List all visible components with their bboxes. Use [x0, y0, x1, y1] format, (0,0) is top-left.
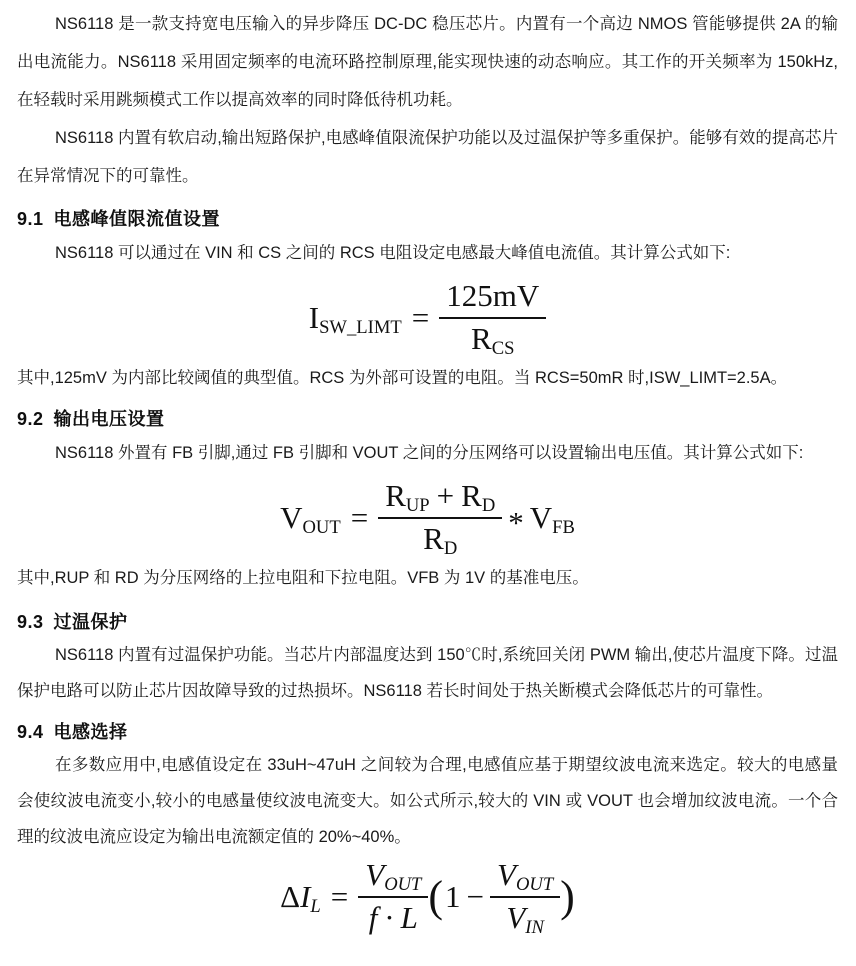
- section-number: 9.2: [17, 409, 44, 429]
- datasheet-page: NS6118 是一款支持宽电压输入的异步降压 DC-DC 稳压芯片。内置有一个高…: [0, 0, 856, 966]
- equals-sign: =: [331, 879, 348, 915]
- formula-lhs: ISW_LIMT: [309, 300, 402, 336]
- formula-output-voltage: VOUT = RUP+RD RD * VFB: [17, 478, 838, 557]
- section-title: 电感选择: [54, 722, 128, 742]
- section-9-1-body: NS6118 可以通过在 VIN 和 CS 之间的 RCS 电阻设定电感最大峰值…: [17, 234, 838, 272]
- section-9-2-body: NS6118 外置有 FB 引脚,通过 FB 引脚和 VOUT 之间的分压网络可…: [17, 434, 838, 472]
- formula-peak-current-limit: ISW_LIMT = 125mV RCS: [17, 278, 838, 357]
- formula-rhs: VFB: [530, 500, 575, 536]
- formula-lhs: IL: [300, 879, 321, 915]
- section-9-3-body: NS6118 内置有过温保护功能。当芯片内部温度达到 150℃时,系统回关闭 P…: [17, 637, 838, 709]
- section-title: 过温保护: [54, 612, 128, 632]
- section-9-4-body: 在多数应用中,电感值设定在 33uH~47uH 之间较为合理,电感值应基于期望纹…: [17, 747, 838, 855]
- fraction-numerator: VOUT: [358, 857, 428, 898]
- minus-sign: −: [467, 879, 484, 915]
- formula-lhs: VOUT: [280, 500, 341, 536]
- section-number: 9.3: [17, 612, 44, 632]
- delta-symbol: Δ: [280, 879, 300, 915]
- intro-paragraph-1: NS6118 是一款支持宽电压输入的异步降压 DC-DC 稳压芯片。内置有一个高…: [17, 5, 838, 119]
- section-heading-9-1: 9.1电感峰值限流值设置: [17, 204, 838, 234]
- fraction-numerator: VOUT: [490, 857, 560, 898]
- section-9-2-note: 其中,RUP 和 RD 为分压网络的上拉电阻和下拉电阻。VFB 为 1V 的基准…: [17, 559, 838, 597]
- section-title: 电感峰值限流值设置: [54, 209, 221, 229]
- fraction: VOUT VIN: [490, 857, 560, 936]
- fraction-denominator: f · L: [369, 898, 418, 936]
- close-paren: ): [560, 871, 575, 922]
- section-number: 9.4: [17, 722, 44, 742]
- intro-paragraph-2: NS6118 内置有软启动,输出短路保护,电感峰值限流保护功能以及过温保护等多重…: [17, 119, 838, 195]
- fraction-numerator: RUP+RD: [378, 478, 502, 519]
- section-heading-9-3: 9.3过温保护: [17, 607, 838, 637]
- section-heading-9-2: 9.2输出电压设置: [17, 404, 838, 434]
- fraction: RUP+RD RD: [378, 478, 502, 557]
- number-one: 1: [445, 879, 461, 915]
- fraction-denominator: VIN: [506, 898, 544, 936]
- open-paren: (: [428, 871, 443, 922]
- fraction-denominator: RD: [423, 519, 457, 557]
- fraction-numerator: 125mV: [439, 278, 546, 319]
- fraction-denominator: RCS: [471, 319, 514, 357]
- fraction: 125mV RCS: [439, 278, 546, 357]
- formula-ripple-current: Δ IL = VOUT f · L ( 1 − VOUT VIN ): [17, 857, 838, 936]
- equals-sign: =: [351, 500, 368, 536]
- section-heading-9-4: 9.4电感选择: [17, 717, 838, 747]
- fraction: VOUT f · L: [358, 857, 428, 936]
- equals-sign: =: [412, 300, 429, 336]
- section-number: 9.1: [17, 209, 44, 229]
- section-title: 输出电压设置: [54, 409, 165, 429]
- section-9-1-note: 其中,125mV 为内部比较阈值的典型值。RCS 为外部可设置的电阻。当 RCS…: [17, 359, 838, 397]
- multiply-sign: *: [508, 505, 524, 541]
